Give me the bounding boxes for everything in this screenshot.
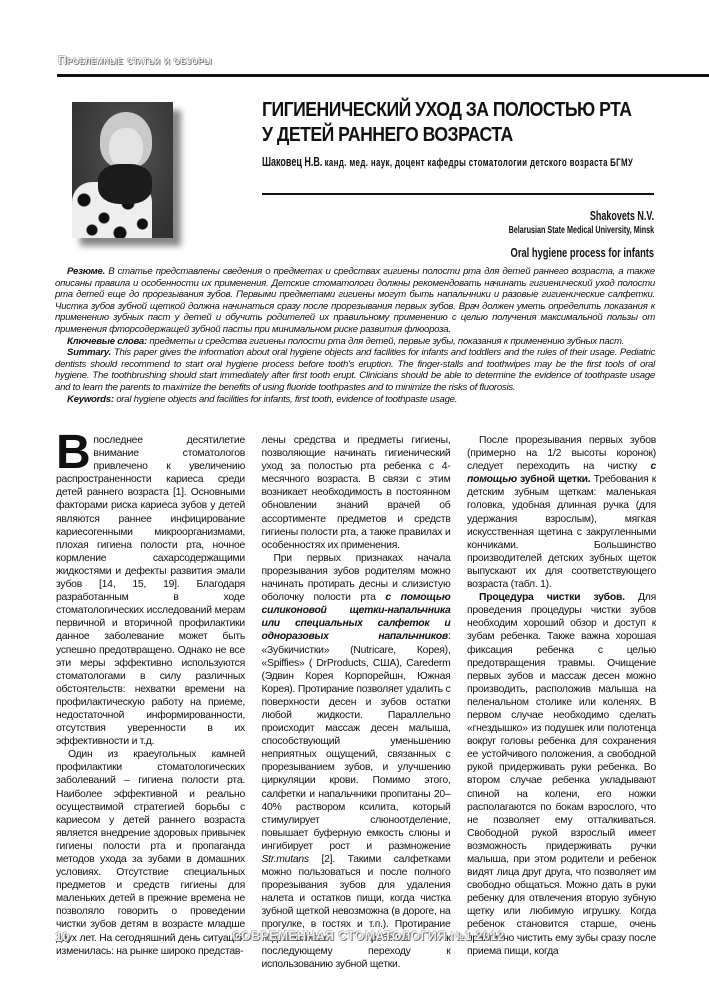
keywords-en-paragraph: Keywords: oral hygiene objects and facil… [55, 394, 655, 406]
paragraph: Впоследнее десятилетие внимание стоматол… [56, 434, 245, 748]
author-affiliation: канд. мед. наук, доцент кафедры стоматол… [325, 157, 608, 169]
section-heading: Проблемные статьи и обзоры [58, 53, 212, 67]
paragraph: Один из краеугольных камней профилактики… [56, 748, 245, 958]
column-2: лены средства и предметы гигиены, позвол… [262, 434, 451, 971]
column-1: Впоследнее десятилетие внимание стоматол… [56, 434, 245, 971]
header-rule [57, 74, 709, 77]
author-affiliation-en: Belarusian State Medical University, Min… [508, 224, 654, 238]
paragraph: После прорезывания первых зубов (примерн… [467, 434, 656, 591]
title-rule [262, 193, 654, 195]
journal-name: СОВРЕМЕННАЯ СТОМАТОЛОГИЯ №1 2012 [232, 929, 505, 943]
emphasis: зубной щетки. [520, 474, 590, 485]
drop-cap: В [56, 434, 90, 472]
paragraph: При первых признаках начала прорезывания… [262, 552, 451, 971]
author-name: Шаковец Н.В. [262, 155, 322, 169]
author-organization: БГМУ [610, 157, 633, 169]
paragraph: лены средства и предметы гигиены, позвол… [262, 434, 451, 552]
abstract: Резюме. В статье представлены сведения о… [55, 266, 655, 405]
column-3: После прорезывания первых зубов (примерн… [467, 434, 656, 971]
paragraph: Процедура чистки зубов. Для проведения п… [467, 591, 656, 958]
author-photo [72, 102, 173, 238]
author-russian: Шаковец Н.В. канд. мед. наук, доцент каф… [262, 155, 633, 169]
summary-paragraph: Summary. This paper gives the informatio… [55, 347, 655, 393]
article-title-en: Oral hygiene process for infants [508, 244, 654, 262]
subheading: Процедура чистки зубов. [479, 592, 625, 603]
body-columns: Впоследнее десятилетие внимание стоматол… [56, 434, 656, 971]
english-header: Shakovets N.V. Belarusian State Medical … [452, 208, 654, 262]
author-name-en: Shakovets N.V. [508, 208, 654, 224]
species-name: Str.mutans [262, 854, 309, 865]
resume-paragraph: Резюме. В статье представлены сведения о… [55, 266, 655, 336]
page-number: 10 [55, 929, 69, 944]
keywords-ru-paragraph: Ключевые слова: предметы и средства гиги… [55, 336, 655, 348]
article-title: ГИГИЕНИЧЕСКИЙ УХОД ЗА ПОЛОСТЬЮ РТА У ДЕТ… [262, 97, 623, 147]
